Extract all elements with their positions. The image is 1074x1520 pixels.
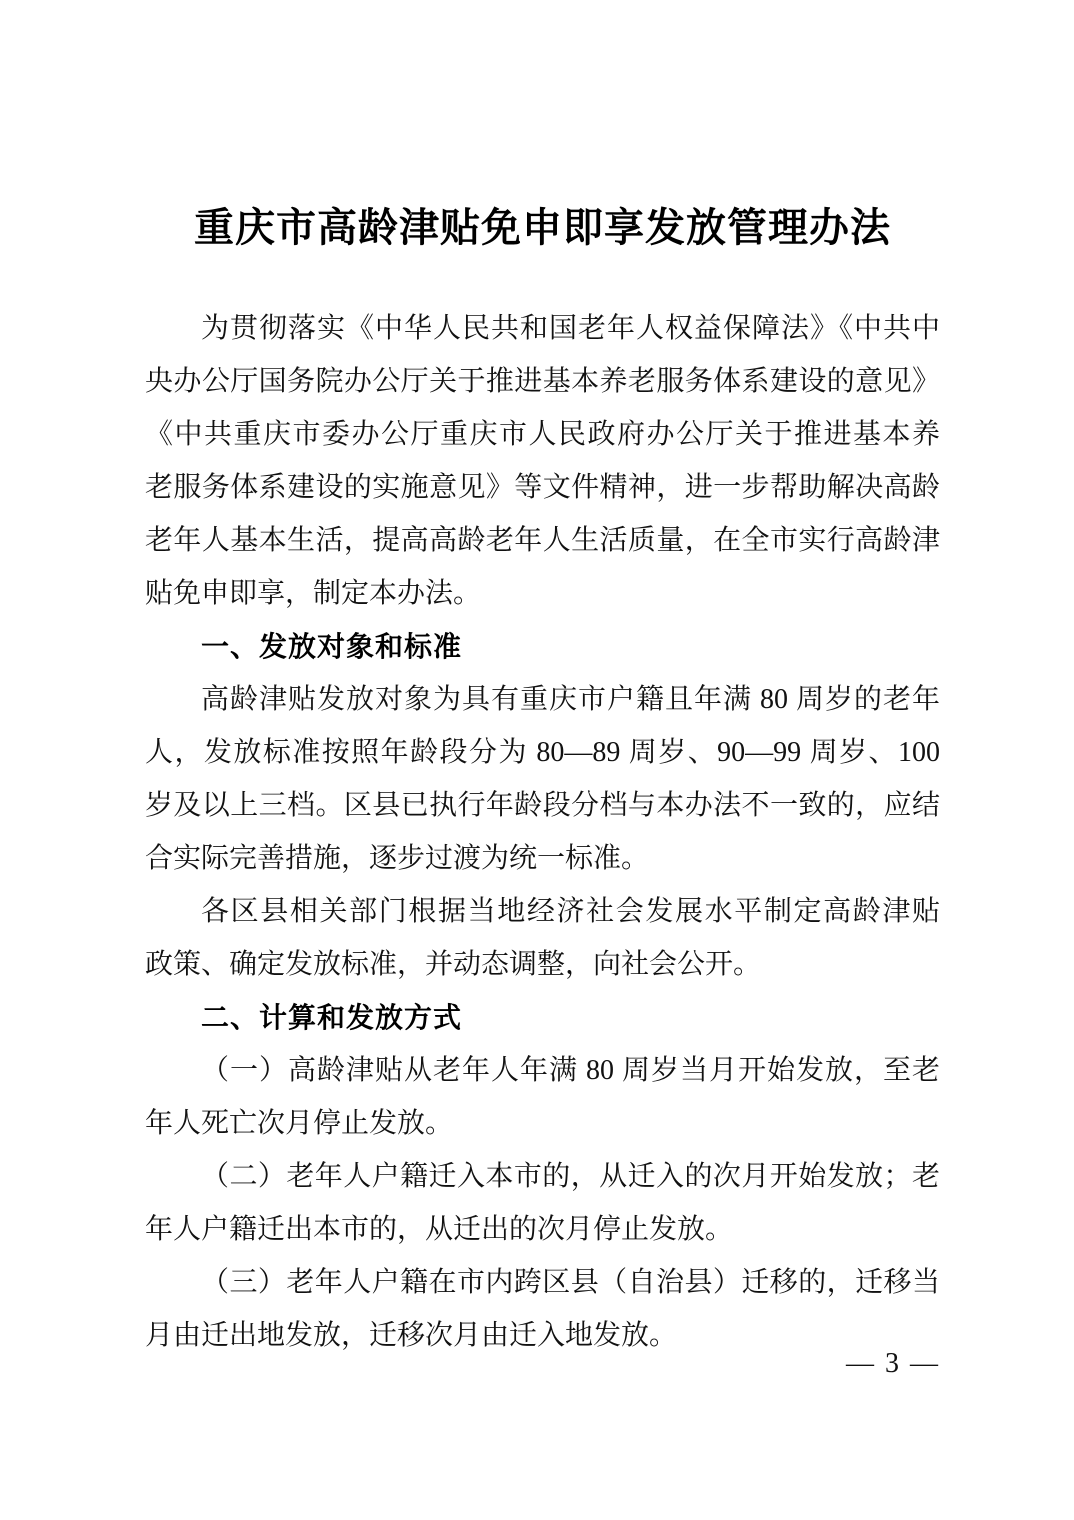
document-page: 重庆市高龄津贴免申即享发放管理办法 为贯彻落实《中华人民共和国老年人权益保障法》… bbox=[0, 0, 1074, 1520]
paragraph-line: 月由迁出地发放，迁移次月由迁入地发放。 bbox=[145, 1309, 940, 1362]
paragraph-line: （一）高龄津贴从老年人年满 80 周岁当月开始发放，至老 bbox=[145, 1044, 940, 1097]
document-title: 重庆市高龄津贴免申即享发放管理办法 bbox=[145, 196, 940, 253]
paragraph-line: 老年人基本生活，提高高龄老年人生活质量，在全市实行高龄津 bbox=[145, 514, 940, 567]
paragraph-line: 为贯彻落实《中华人民共和国老年人权益保障法》《中共中 bbox=[145, 302, 940, 355]
paragraph-line: 岁及以上三档。区县已执行年龄段分档与本办法不一致的，应结 bbox=[145, 779, 940, 832]
paragraph-line: 高龄津贴发放对象为具有重庆市户籍且年满 80 周岁的老年 bbox=[145, 673, 940, 726]
paragraph-line: 年人户籍迁出本市的，从迁出的次月停止发放。 bbox=[145, 1203, 940, 1256]
paragraph-line: （二）老年人户籍迁入本市的，从迁入的次月开始发放；老 bbox=[145, 1150, 940, 1203]
paragraph-line: 央办公厅国务院办公厅关于推进基本养老服务体系建设的意见》 bbox=[145, 355, 940, 408]
page-number: — 3 — bbox=[846, 1348, 940, 1380]
paragraph-line: 年人死亡次月停止发放。 bbox=[145, 1097, 940, 1150]
paragraph-line: 《中共重庆市委办公厅重庆市人民政府办公厅关于推进基本养 bbox=[145, 408, 940, 461]
paragraph-line: 人，发放标准按照年龄段分为 80—89 周岁、90—99 周岁、100 周 bbox=[145, 726, 940, 779]
paragraph-line: 政策、确定发放标准，并动态调整，向社会公开。 bbox=[145, 938, 940, 991]
section-heading-2: 二、计算和发放方式 bbox=[145, 991, 940, 1044]
paragraph-line: 老服务体系建设的实施意见》等文件精神，进一步帮助解决高龄 bbox=[145, 461, 940, 514]
section-heading-1: 一、发放对象和标准 bbox=[145, 620, 940, 673]
paragraph-line: 合实际完善措施，逐步过渡为统一标准。 bbox=[145, 832, 940, 885]
document-body: 为贯彻落实《中华人民共和国老年人权益保障法》《中共中 央办公厅国务院办公厅关于推… bbox=[145, 302, 940, 1362]
paragraph-line: 贴免申即享，制定本办法。 bbox=[145, 567, 940, 620]
paragraph-line: （三）老年人户籍在市内跨区县（自治县）迁移的，迁移当 bbox=[145, 1256, 940, 1309]
paragraph-line: 各区县相关部门根据当地经济社会发展水平制定高龄津贴 bbox=[145, 885, 940, 938]
